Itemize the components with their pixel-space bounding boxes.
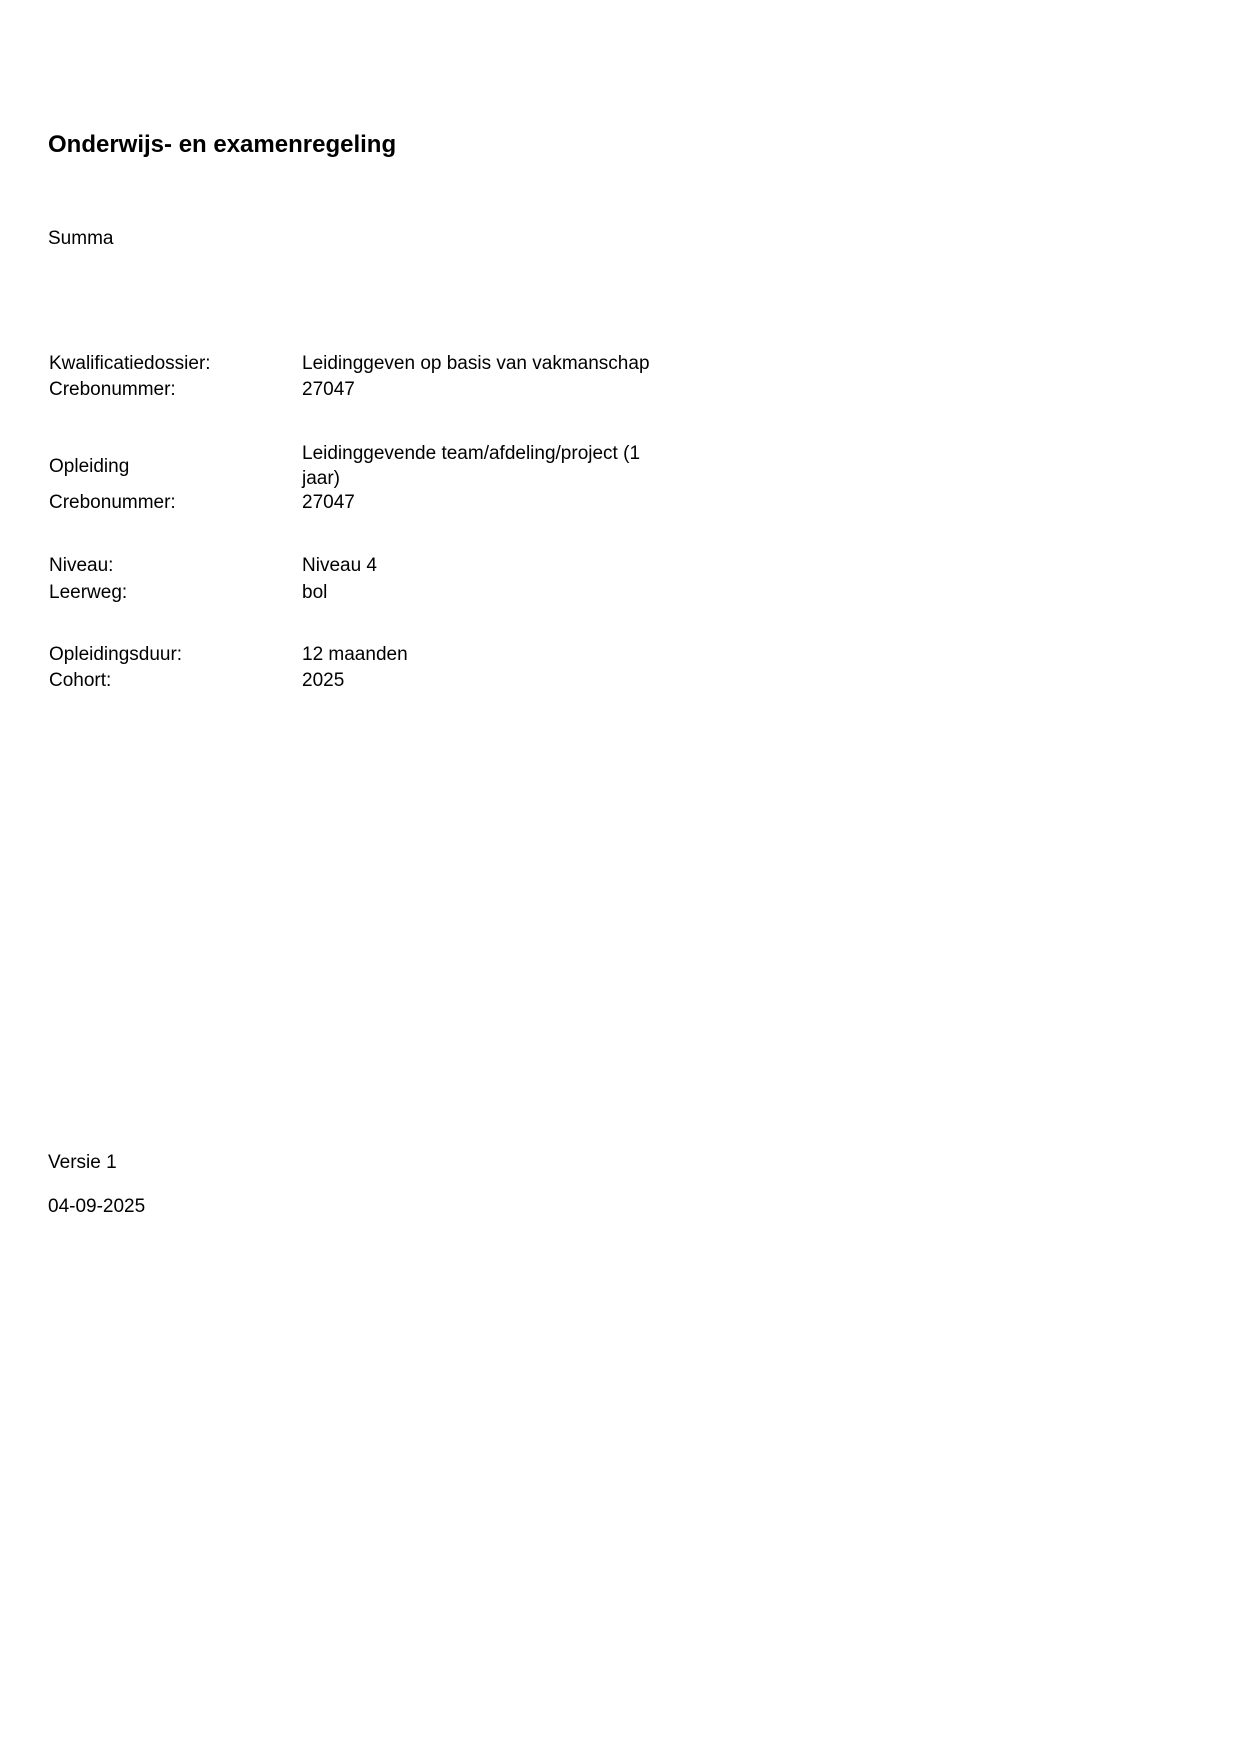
detail-value: 27047 bbox=[302, 377, 682, 402]
detail-label: Cohort: bbox=[49, 668, 299, 693]
detail-label: Opleidingsduur: bbox=[49, 642, 299, 667]
version-label: Versie 1 bbox=[48, 1151, 117, 1175]
document-date: 04-09-2025 bbox=[48, 1195, 145, 1219]
detail-value: 27047 bbox=[302, 490, 682, 515]
detail-value: 12 maanden bbox=[302, 642, 682, 667]
detail-value: Leidinggeven op basis van vakmanschap bbox=[302, 351, 682, 376]
detail-value: Niveau 4 bbox=[302, 553, 682, 578]
detail-value: Leidinggevende team/afdeling/project (1 … bbox=[302, 441, 677, 491]
detail-label: Niveau: bbox=[49, 553, 299, 578]
detail-label: Leerweg: bbox=[49, 580, 299, 605]
detail-label: Opleiding bbox=[49, 454, 299, 479]
detail-label: Crebonummer: bbox=[49, 377, 299, 402]
detail-label: Crebonummer: bbox=[49, 490, 299, 515]
detail-value: 2025 bbox=[302, 668, 682, 693]
document-title: Onderwijs- en examenregeling bbox=[48, 130, 396, 160]
detail-label: Kwalificatiedossier: bbox=[49, 351, 299, 376]
organization-name: Summa bbox=[48, 227, 113, 251]
detail-value: bol bbox=[302, 580, 682, 605]
